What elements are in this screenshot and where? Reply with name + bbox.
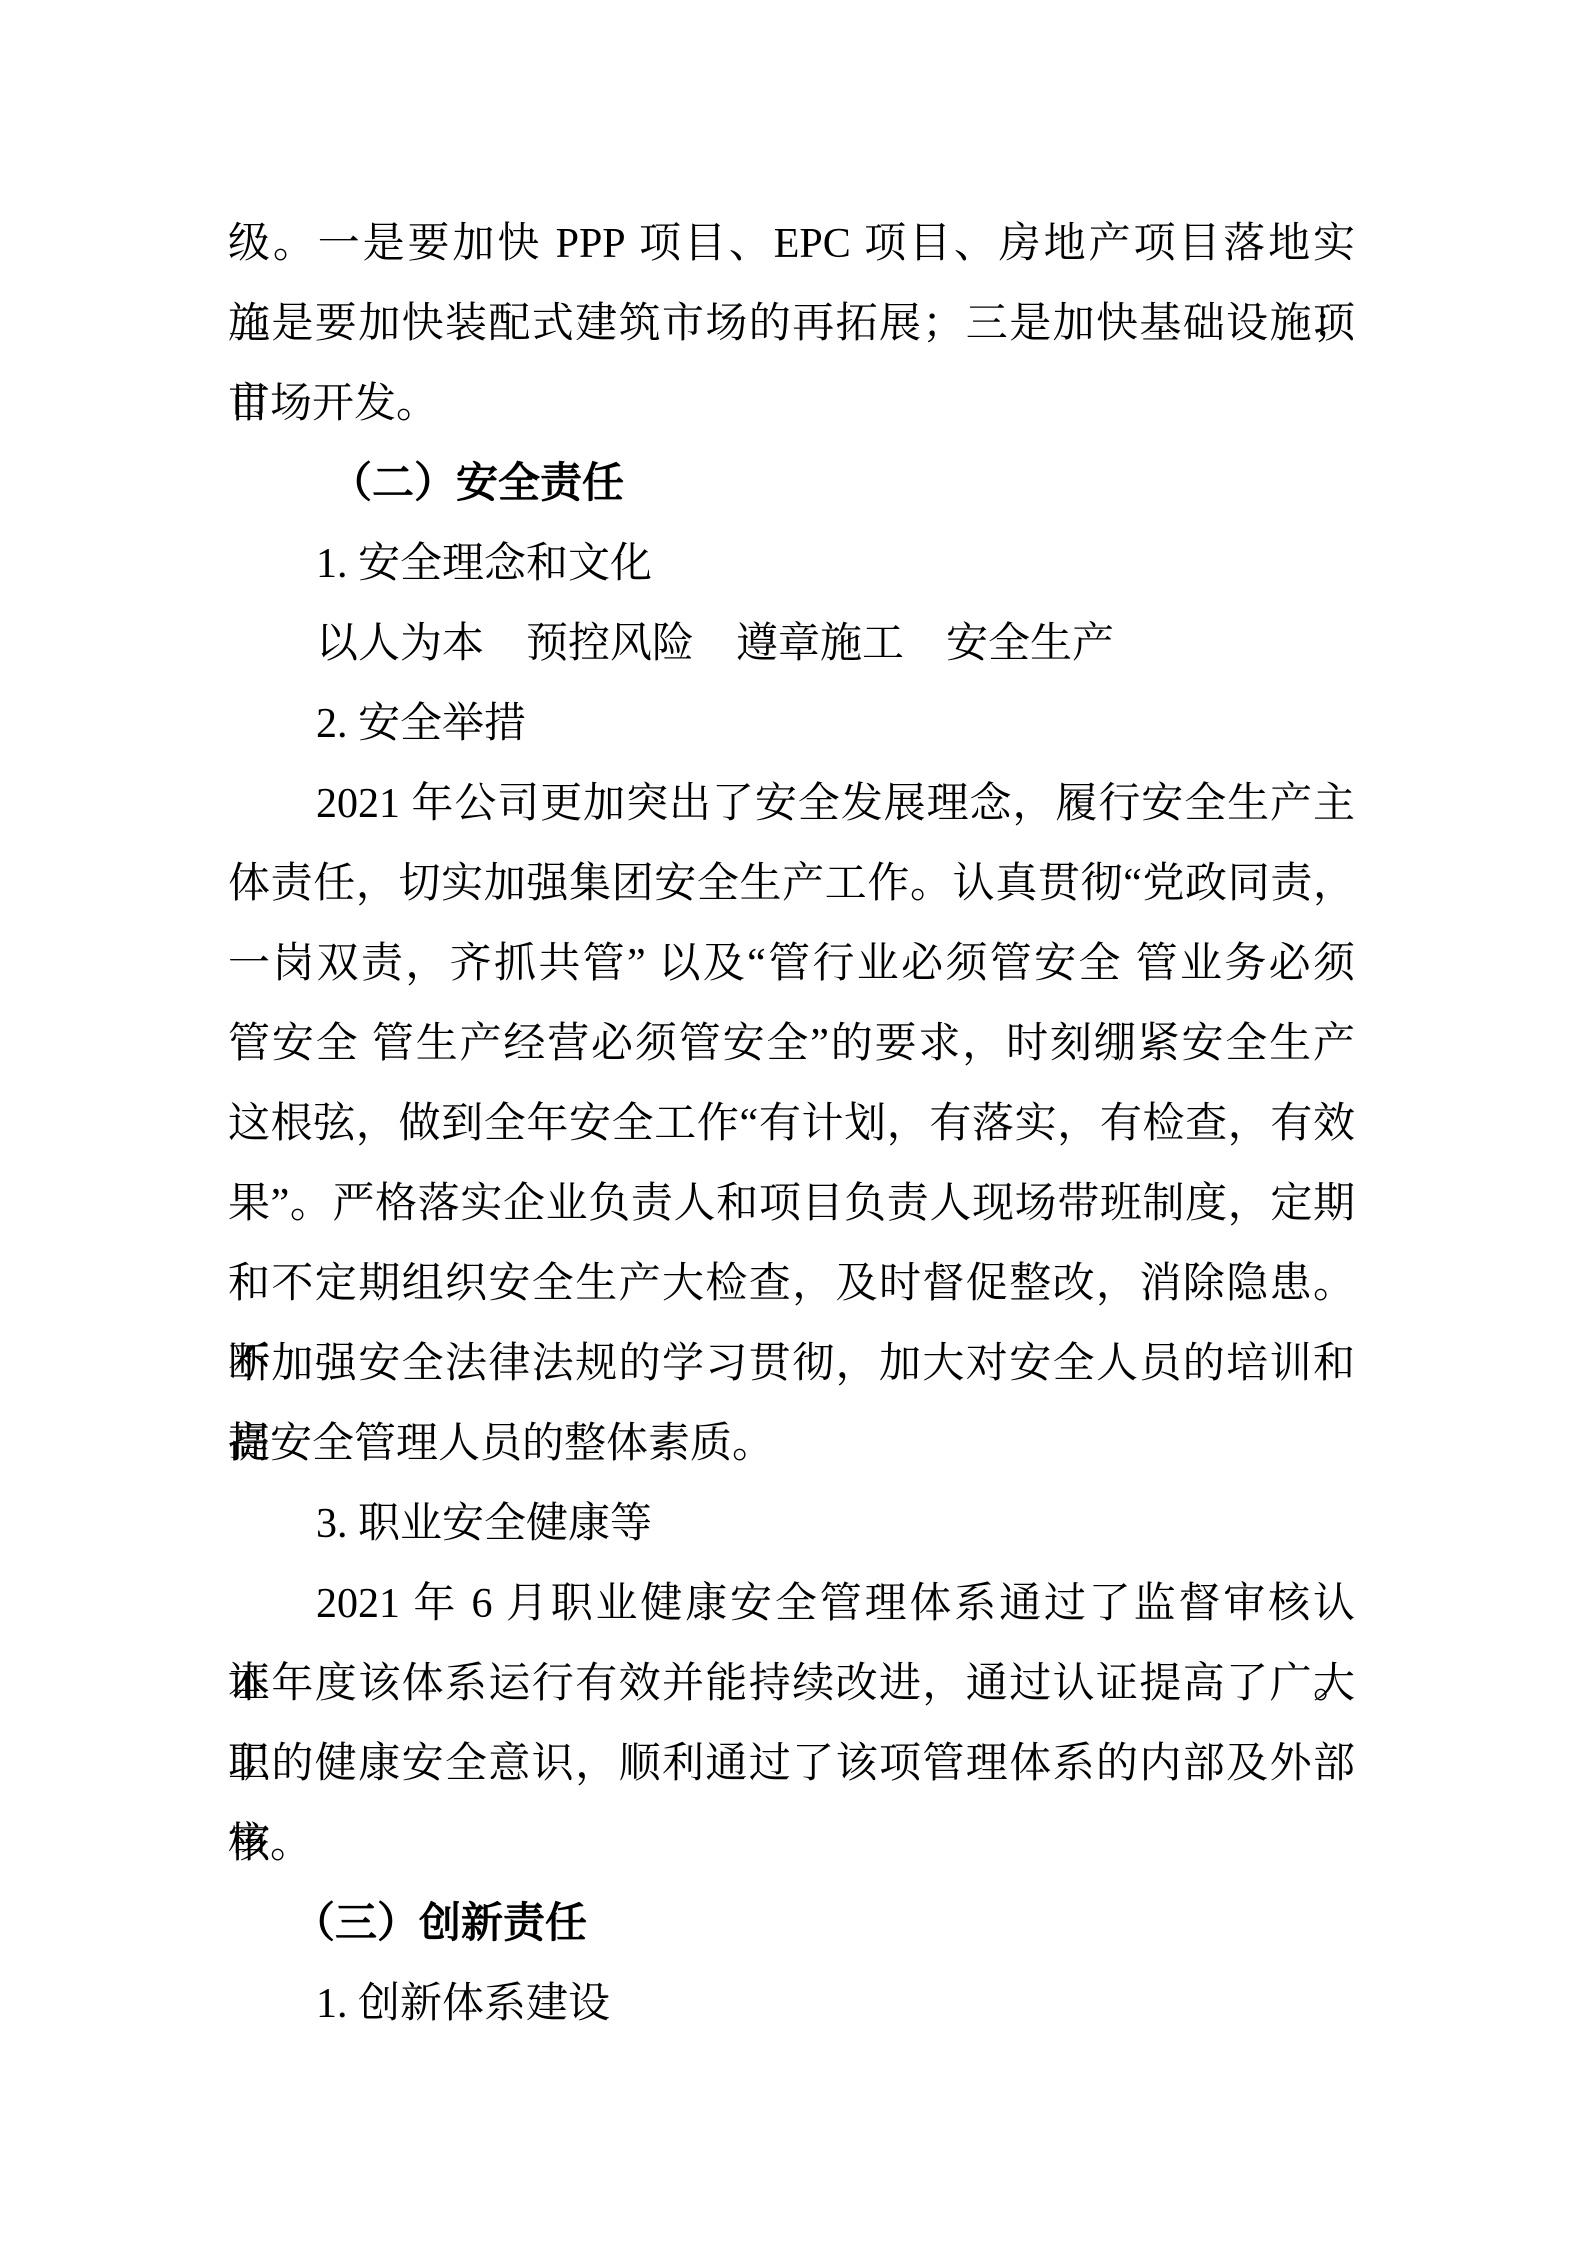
text-line: 工的健康安全意识，顺利通过了该项管理体系的内部及外部审 (228, 1724, 1355, 1804)
section-heading: （二）安全责任 (228, 444, 1355, 524)
text-line: 以人为本 预控风险 遵章施工 安全生产 (228, 604, 1355, 684)
text-line: 2. 安全举措 (228, 684, 1355, 764)
text-line: 管安全 管生产经营必须管安全”的要求，时刻绷紧安全生产 (228, 1004, 1355, 1084)
text-line: 本年度该体系运行有效并能持续改进，通过认证提高了广大职 (228, 1644, 1355, 1724)
text-line: 1. 安全理念和文化 (228, 524, 1355, 604)
text-line: 核。 (228, 1804, 1355, 1884)
text-line: 果”。严格落实企业负责人和项目负责人现场带班制度，定期 (228, 1164, 1355, 1244)
text-line: 断加强安全法律法规的学习贯彻，加大对安全人员的培训和提 (228, 1324, 1355, 1404)
text-line: 3. 职业安全健康等 (228, 1484, 1355, 1564)
text-line: 二是要加快装配式建筑市场的再拓展；三是加快基础设施项目 (228, 284, 1355, 364)
document-page: 级。一是要加快 PPP 项目、EPC 项目、房地产项目落地实施；二是要加快装配式… (0, 0, 1587, 2245)
text-line: 这根弦，做到全年安全工作“有计划，有落实，有检查，有效 (228, 1084, 1355, 1164)
text-line: 体责任，切实加强集团安全生产工作。认真贯彻“党政同责， (228, 844, 1355, 924)
text-line: 1. 创新体系建设 (228, 1964, 1355, 2044)
section-heading: （三）创新责任 (228, 1884, 1355, 1964)
text-line: 2021 年 6 月职业健康安全管理体系通过了监督审核认证。 (228, 1564, 1355, 1644)
document-text-block: 级。一是要加快 PPP 项目、EPC 项目、房地产项目落地实施；二是要加快装配式… (228, 204, 1355, 2044)
text-line: 市场开发。 (228, 364, 1355, 444)
text-line: 高安全管理人员的整体素质。 (228, 1404, 1355, 1484)
text-line: 和不定期组织安全生产大检查，及时督促整改，消除隐患。不 (228, 1244, 1355, 1324)
text-line: 2021 年公司更加突出了安全发展理念，履行安全生产主 (228, 764, 1355, 844)
text-line: 一岗双责，齐抓共管” 以及“管行业必须管安全 管业务必须 (228, 924, 1355, 1004)
text-line: 级。一是要加快 PPP 项目、EPC 项目、房地产项目落地实施； (228, 204, 1355, 284)
